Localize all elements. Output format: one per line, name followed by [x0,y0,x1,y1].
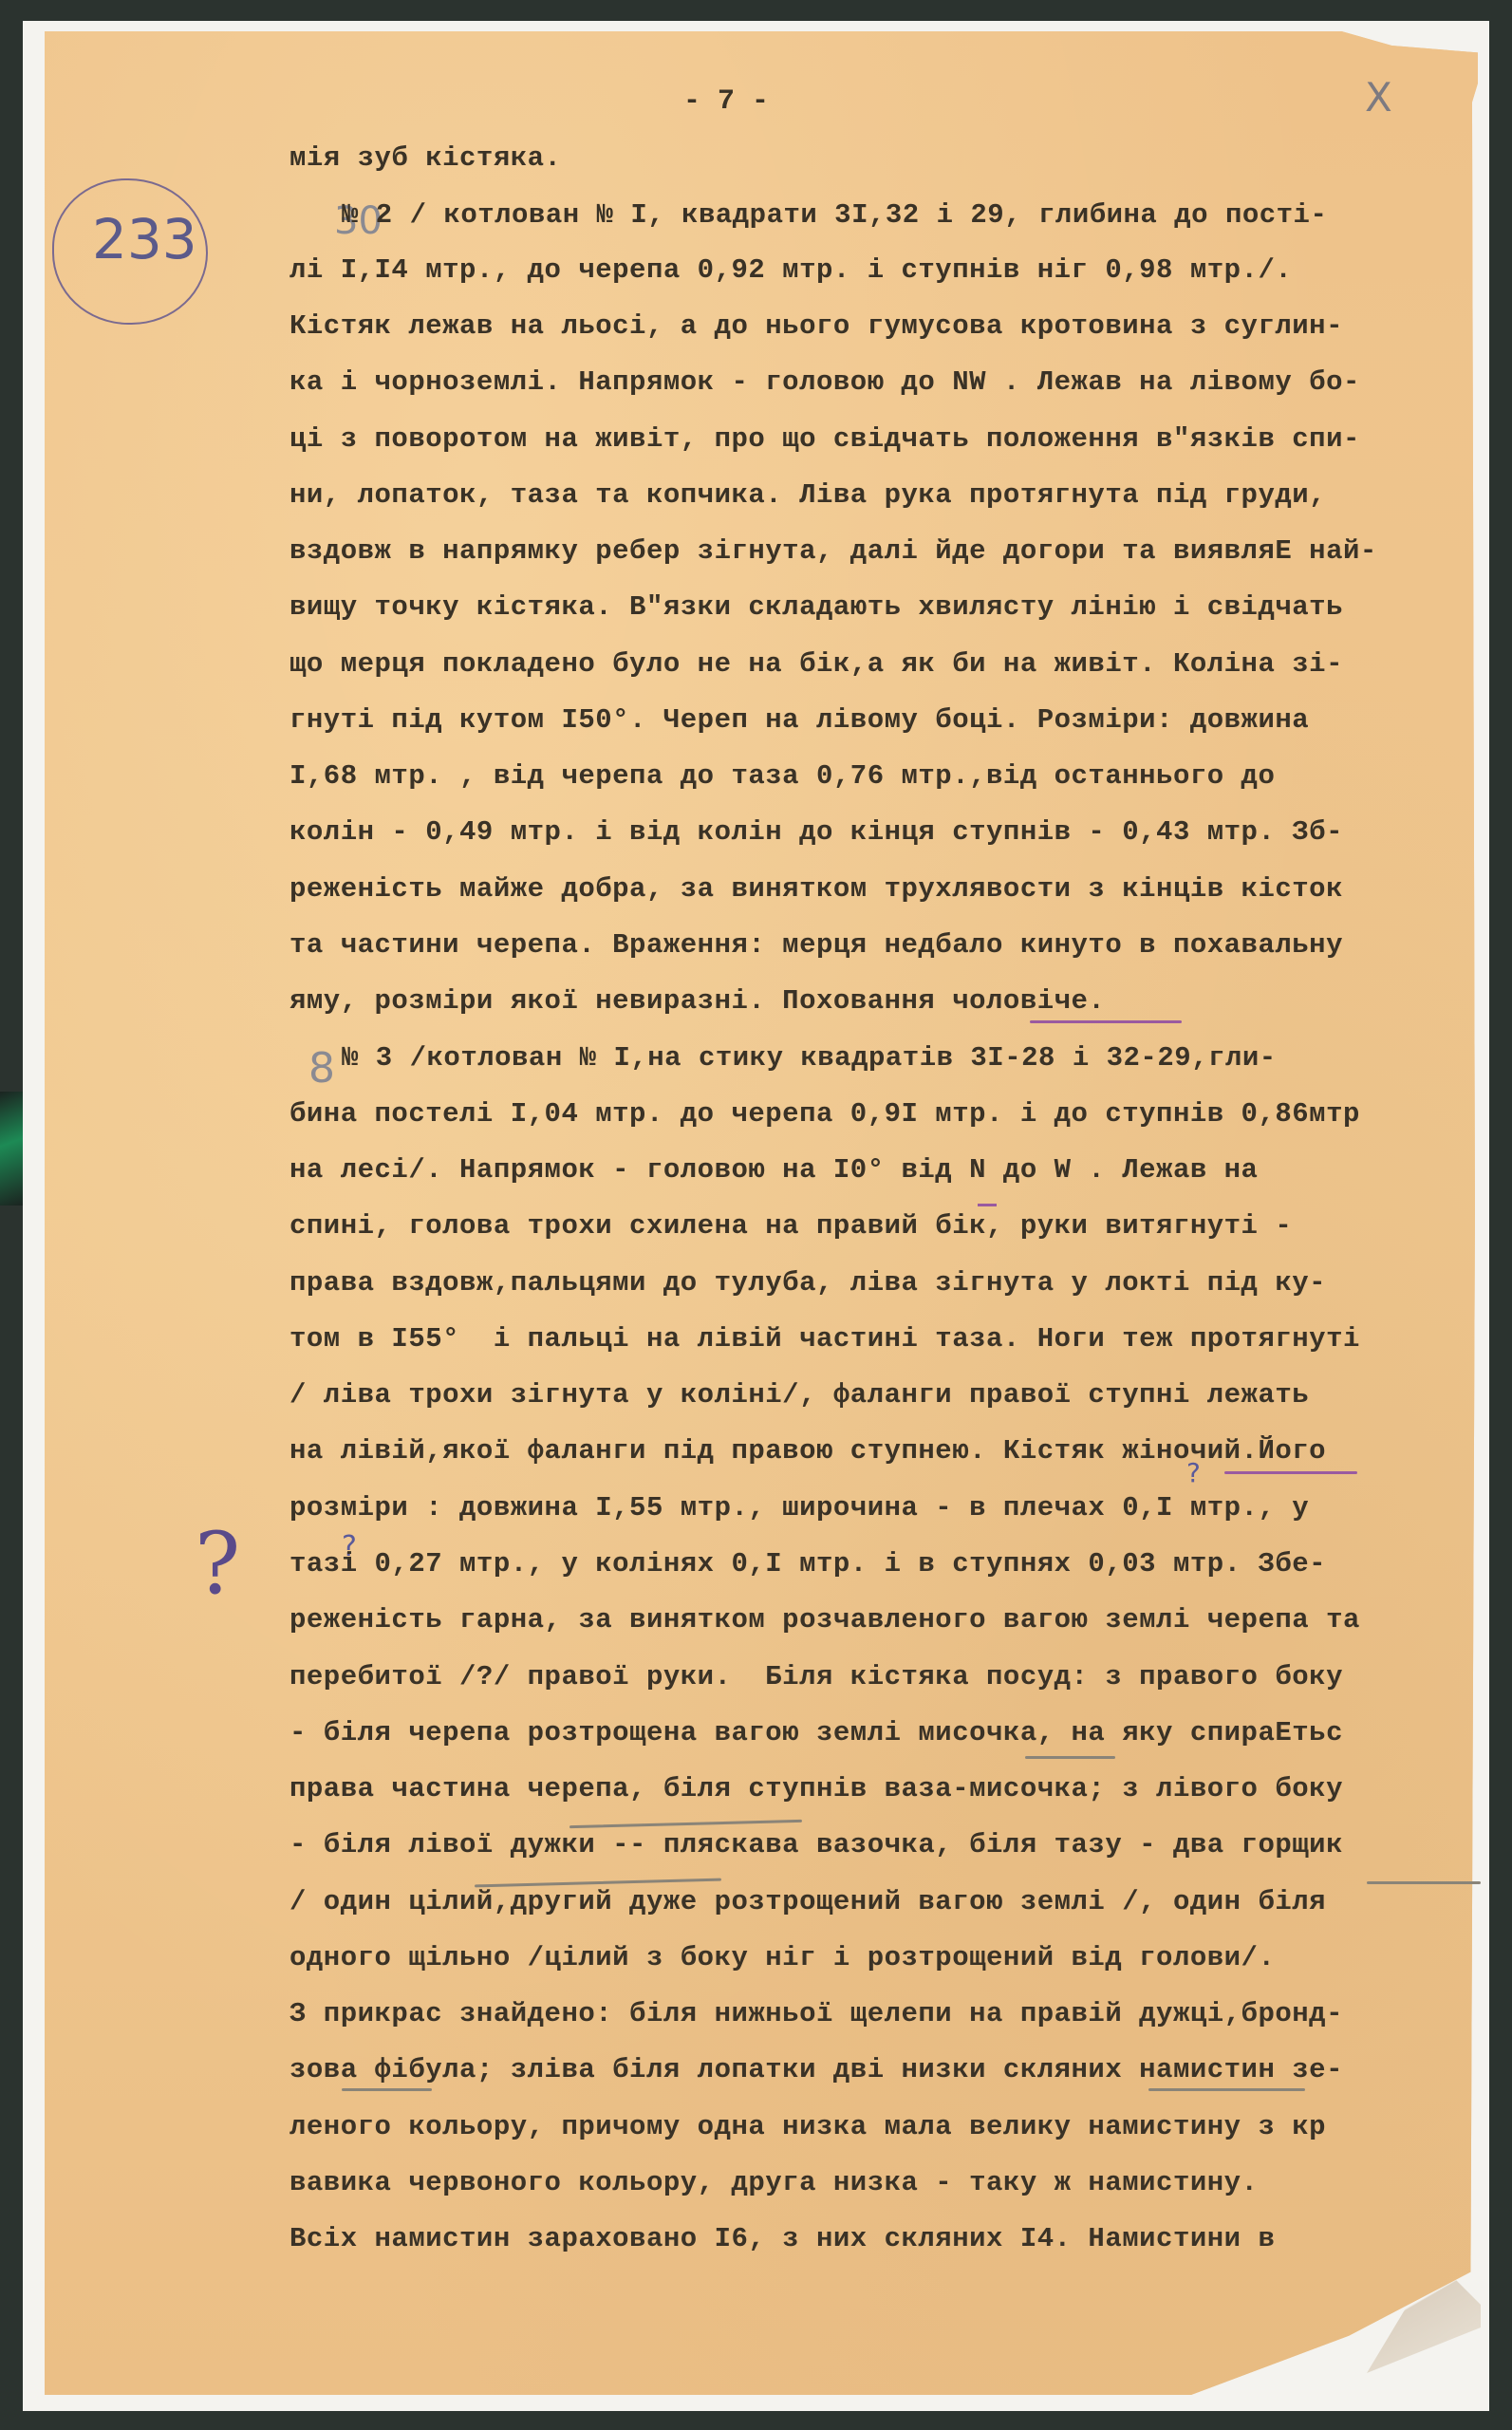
text-line: ка і чорноземлі. Напрямок - головою до N… [289,366,1360,398]
text-line: та частини черепа. Враження: мерця недба… [289,929,1343,961]
text-line: права вздовж,пальцями до тулуба, ліва зі… [289,1267,1326,1299]
text-span: ка і чорноземлі. Напрямок - головою до N… [289,366,1360,398]
text-line: вавика червоного кольору, друга низка - … [289,2167,1258,2198]
text-line: колін - 0,49 мтр. і від колін до кінця с… [289,816,1343,848]
typewritten-body: мія зуб кістяка. № 2 / котлован № I, ква… [289,0,1495,1222]
text-line: одного щільно /цілий з боку ніг і розтро… [289,1942,1275,1973]
text-line: що мерця покладено було не на бік,а як б… [289,648,1343,680]
text-line: ни, лопаток, таза та копчика. Ліва рука … [289,479,1326,511]
text-line: розміри : довжина I,55 мтр., широчина - … [289,1492,1309,1523]
text-line: реженість гарна, за винятком розчавленог… [289,1604,1360,1636]
text-line: реженість майже добра, за винятком трухл… [289,873,1343,905]
text-line: яму, розміри якої невиразні. Поховання ч… [289,985,1105,1017]
text-line: ці з поворотом на живіт, про що свідчать… [289,423,1360,455]
entry-heading-2: № 2 / котлован № I, квадрати 3I,32 і 29,… [342,199,1327,231]
text-line: I,68 мтр. , від черепа до таза 0,76 мтр.… [289,760,1275,792]
underline-namystyn [1148,2088,1305,2091]
underline-cholovіche [1030,1020,1182,1023]
text-line: лі I,I4 мтр., до черепа 0,92 мтр. і ступ… [289,254,1292,286]
text-line: мія зуб кістяка. [289,142,561,174]
text-line: перебитої /?/ правої руки. Біля кістяка … [289,1661,1343,1692]
text-line: зова фібула; зліва біля лопатки дві низк… [289,2054,1343,2085]
margin-question-mark: ? [195,1514,240,1614]
text-line: / один цілий,другий дуже розтрощений ваг… [289,1886,1326,1917]
underline-nw [978,1204,997,1206]
text-line: том в I55° і пальці на лівій частині таз… [289,1323,1360,1355]
text-line: тазі 0,27 мтр., у колінях 0,I мтр. і в с… [289,1548,1326,1579]
text-line: леного кольору, причому одна низка мала … [289,2111,1326,2142]
text-line: - біля черепа розтрощена вагою землі мис… [289,1717,1343,1748]
text-line: на лівій,якої фаланги під правою ступнею… [289,1435,1326,1467]
underline-horshchyk [1367,1881,1481,1884]
archive-number-stamp: 233 [52,178,208,325]
archive-number: 233 [92,207,197,271]
text-line: - біля лівої дужки -- пляскава вазочка, … [289,1829,1343,1860]
entry-heading-3: № 3 /котлован № I,на стику квадратів 3I-… [342,1042,1277,1074]
text-line: вздовж в напрямку ребер зігнута, далі йд… [289,535,1377,567]
text-line: вищу точку кістяка. В"язки складають хви… [289,591,1343,623]
underline-zhinochyi [1224,1471,1357,1474]
text-line: права частина черепа, біля ступнів ваза-… [289,1773,1343,1804]
text-line: Всіх намистин зараховано I6, з них склян… [289,2223,1275,2254]
underline-mysochka [1025,1756,1115,1759]
text-line: гнуті під кутом I50°. Череп на лівому бо… [289,704,1309,736]
text-line: спині, голова трохи схилена на правий бі… [289,1210,1292,1242]
text-line: Кістяк лежав на льосі, а до нього гумусо… [289,310,1343,342]
background-strip [0,1092,23,1206]
text-line: на лесі/. Напрямок - головою на I0° від … [289,1154,1258,1186]
text-line: / ліва трохи зігнута у коліні/, фаланги … [289,1379,1309,1411]
text-line: З прикрас знайдено: біля нижньої щелепи … [289,1998,1343,2029]
text-line: бина постелі I,04 мтр. до черепа 0,9I мт… [289,1098,1360,1130]
underline-fibula [342,2088,432,2091]
